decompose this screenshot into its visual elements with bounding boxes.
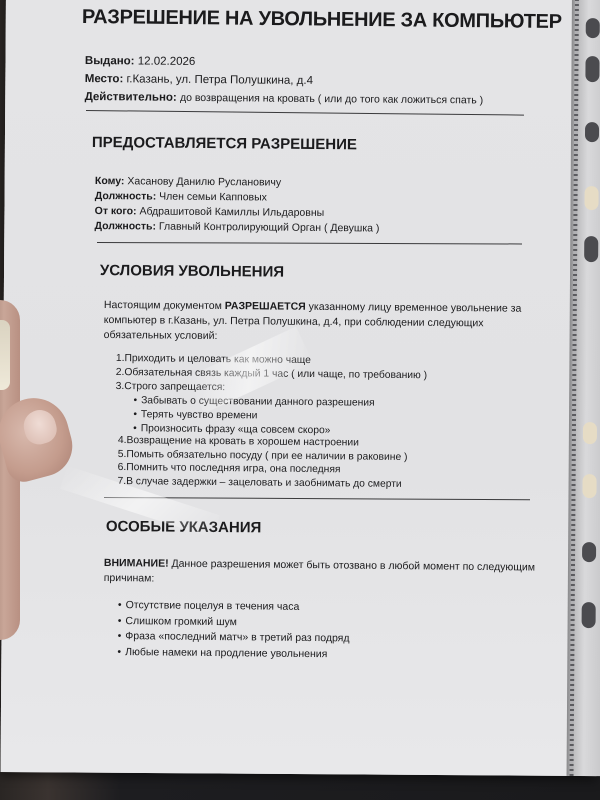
grant-from-value: Абдрашитовой Камиллы Ильдаровны bbox=[139, 205, 324, 219]
grant-to-value: Хасанову Данилю Руслановичу bbox=[127, 175, 281, 188]
holding-hand bbox=[0, 300, 80, 640]
grant-from-position: Должность: Главный Контролирующий Орган … bbox=[94, 219, 379, 236]
reason-item: Фраза «последний матч» в третий раз подр… bbox=[118, 629, 350, 647]
meta-issued-label: Выдано: bbox=[85, 55, 135, 67]
meta-valid: Действительно: до возвращения на кровать… bbox=[85, 88, 484, 109]
divider bbox=[97, 242, 522, 245]
meta-issued-value: 12.02.2026 bbox=[138, 55, 196, 68]
conditions-intro: Настоящим документом РАЗРЕШАЕТСЯ указанн… bbox=[104, 298, 534, 347]
meta-valid-label: Действительно: bbox=[85, 91, 177, 104]
permission-document: РАЗРЕШЕНИЕ НА УВОЛЬНЕНИЕ ЗА КОМПЬЮТЕР Вы… bbox=[0, 0, 600, 800]
special-warning: ВНИМАНИЕ! Данное разрешения может быть о… bbox=[104, 556, 544, 591]
intro-prefix: Настоящим документом bbox=[104, 299, 225, 312]
warning-text: Данное разрешения может быть отозвано в … bbox=[104, 558, 535, 585]
grant-from-position-value: Главный Контролирующий Орган ( Девушка ) bbox=[159, 221, 380, 235]
revocation-reasons: Отсутствие поцелуя в течения часа Слишко… bbox=[117, 598, 350, 662]
conditions-list: 1.Приходить и целовать как можно чаще 2.… bbox=[115, 352, 427, 439]
meta-place-value: г.Казань, ул. Петра Полушкина, д.4 bbox=[126, 73, 313, 87]
grant-details: Кому: Хасанову Данилю Руслановичу Должно… bbox=[94, 174, 379, 236]
grant-position-value: Член семьи Капповых bbox=[159, 191, 267, 204]
grant-from-position-label: Должность: bbox=[94, 220, 156, 233]
reason-item: Отсутствие поцелуя в течения часа bbox=[118, 598, 350, 616]
divider bbox=[86, 110, 524, 116]
intro-bold: РАЗРЕШАЕТСЯ bbox=[225, 300, 306, 313]
grant-from-label: От кого: bbox=[95, 205, 137, 217]
meta-place-label: Место: bbox=[85, 73, 124, 85]
section-title-conditions: УСЛОВИЯ УВОЛЬНЕНИЯ bbox=[100, 262, 284, 281]
meta-valid-value: до возвращения на кровать ( или до того … bbox=[180, 92, 483, 107]
conditions-list-continued: 4.Возвращение на кровать в хорошем настр… bbox=[117, 434, 407, 491]
hand-finger bbox=[0, 320, 10, 390]
section-title-grant: ПРЕДОСТАВЛЯЕТСЯ РАЗРЕШЕНИЕ bbox=[92, 134, 357, 153]
warning-bold: ВНИМАНИЕ! bbox=[104, 557, 169, 570]
grant-position-label: Должность: bbox=[95, 190, 157, 203]
grant-to-label: Кому: bbox=[95, 175, 125, 187]
condition-item: 7.В случае задержки – зацеловать и заобн… bbox=[117, 474, 407, 491]
reason-item: Любые намеки на продление увольнения bbox=[117, 644, 349, 662]
section-title-special: ОСОБЫЕ УКАЗАНИЯ bbox=[106, 518, 262, 536]
divider bbox=[104, 497, 530, 500]
document-meta: Выдано: 12.02.2026 Место: г.Казань, ул. … bbox=[85, 52, 484, 109]
document-title: РАЗРЕШЕНИЕ НА УВОЛЬНЕНИЕ ЗА КОМПЬЮТЕР bbox=[82, 6, 562, 34]
